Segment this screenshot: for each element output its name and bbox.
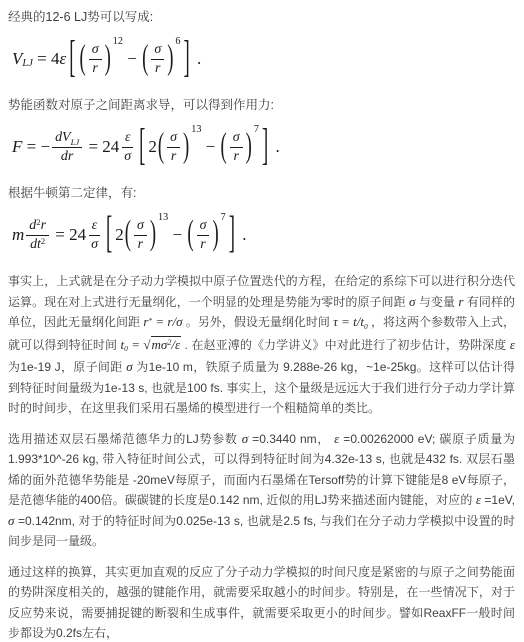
paragraph-timestep-conclusion: 通过这样的换算，其实更加直观的反应了分子动力学模拟的时间尺度是紧密的与原子之间势… (8, 562, 515, 642)
equation-lj-potential: VLJ = 4ε[(σr)12 − (σr)6] . (12, 35, 515, 83)
article-body: 经典的12-6 LJ势可以写成: VLJ = 4ε[(σr)12 − (σr)6… (0, 0, 524, 642)
equation-force: F = −dVLJdr = 24εσ[2(σr)13 − (σr)7] . (12, 123, 515, 171)
equation-newton-second-law: md2rdt2 = 24εσ[2(σr)13 − (σr)7] . (12, 211, 515, 259)
intro-line-newton-second-law: 根据牛顿第二定律，有: (8, 183, 515, 203)
paragraph-graphene-estimate: 选用描述双层石墨烯范德华力的LJ势参数 σ =0.3440 nm， ε =0.0… (8, 429, 515, 552)
intro-line-force: 势能函数对原子之间距离求导，可以得到作用力: (8, 95, 515, 115)
intro-line-lj-potential: 经典的12-6 LJ势可以写成: (8, 7, 515, 27)
paragraph-nondimensionalization: 事实上，上式就是在分子动力学模拟中原子位置迭代的方程，在给定的系综下可以进行积分… (8, 271, 515, 419)
